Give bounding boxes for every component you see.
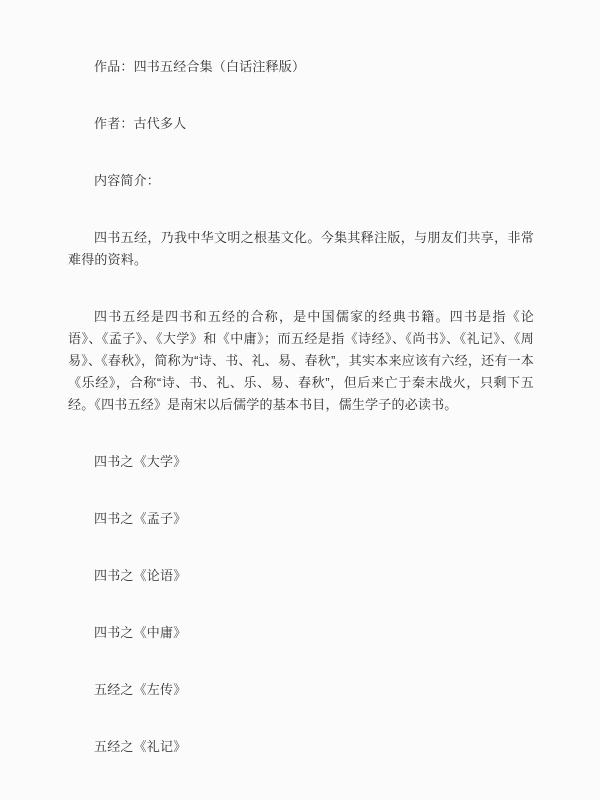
toc-item-zhongyong: 四书之《中庸》 [68,622,534,644]
document-page: 作品：四书五经合集（白话注释版） 作者：古代多人 内容简介： 四书五经，乃我中华… [0,0,600,800]
intro-paragraph: 四书五经，乃我中华文明之根基文化。今集其释注版，与朋友们共享，非常难得的资料。 [68,227,534,271]
work-title-line: 作品：四书五经合集（白话注释版） [68,56,534,78]
toc-item-lunyu: 四书之《论语》 [68,565,534,587]
author-line: 作者：古代多人 [68,113,534,135]
toc-item-daxue: 四书之《大学》 [68,451,534,473]
description-paragraph: 四书五经是四书和五经的合称，是中国儒家的经典书籍。四书是指《论语》、《孟子》、《… [68,306,534,416]
toc-item-mengzi: 四书之《孟子》 [68,508,534,530]
document-text-block: 作品：四书五经合集（白话注释版） 作者：古代多人 内容简介： 四书五经，乃我中华… [68,56,534,793]
intro-heading: 内容简介： [68,170,534,192]
toc-item-zuozhuan: 五经之《左传》 [68,679,534,701]
toc-item-liji: 五经之《礼记》 [68,736,534,758]
